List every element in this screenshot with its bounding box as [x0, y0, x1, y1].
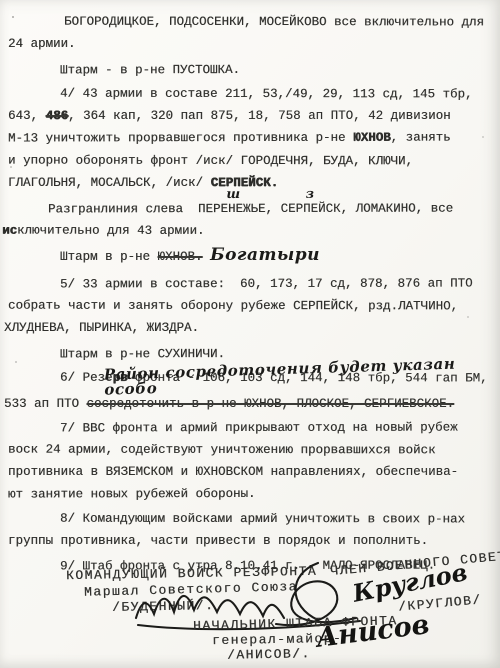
text-segment: , занять	[391, 131, 451, 145]
text-segment: ПЕРЕНЕЖЬЕш	[198, 202, 266, 216]
handwritten-correction: з	[306, 189, 314, 201]
typed-line: Штарм в р-не ЮХНОВ. Богатыри	[0, 244, 500, 268]
text-segment: , ЛОМАКИНО, все	[341, 201, 454, 215]
typed-line: исключительно для 43 армии.	[0, 219, 500, 242]
struck-text: сосредоточить в р-не ЮХНОВ, ПЛОСКОЕ, СЕР…	[87, 397, 455, 411]
typed-line: М-13 уничтожить прорвавшегося противника…	[0, 127, 500, 150]
text-segment	[203, 250, 211, 264]
text-segment: СЕРПЕЙСКз	[281, 202, 341, 216]
text-segment: ,	[266, 202, 281, 216]
typed-line: ХЛУДНЕВА, ПЫРИНКА, ЖИЗДРА.	[0, 317, 500, 339]
typed-line: 5/ 33 армии в составе: 60, 173, 17 сд, 8…	[0, 273, 500, 296]
text-segment: Штарм в р-не СУХИНИЧИ.	[60, 347, 225, 361]
text-segment: 8/ Командующим войсками армий уничтожить…	[60, 512, 465, 527]
text-segment: 533 ап ПТО	[4, 397, 87, 411]
typed-line: 7/ ВВС фронта и армий прикрывают отход н…	[0, 416, 500, 439]
typed-line: и упорно оборонять фронт /иск/ ГОРОДЕЧНЯ…	[0, 149, 500, 172]
text-segment: 7/ ВВС фронта и армий прикрывают отход н…	[60, 420, 458, 435]
text-segment: 4/ 43 армии в составе 211, 53,/49, 29, 1…	[60, 87, 473, 102]
text-segment: М-13 уничтожить прорвавшегося противника…	[8, 131, 353, 146]
text-segment: 5/ 33 армии в составе: 60, 173, 17 сд, 8…	[60, 277, 473, 292]
typed-line: группы противника, части привести в поря…	[0, 530, 500, 552]
typed-line: 24 армии.	[0, 33, 500, 55]
text-segment: ХЛУДНЕВА, ПЫРИНКА, ЖИЗДРА.	[4, 321, 199, 335]
typed-line: 533 ап ПТО сосредоточить в р-не ЮХНОВ, П…	[0, 393, 500, 415]
text-segment: противника в ВЯЗЕМСКОМ и ЮХНОВСКОМ напра…	[8, 465, 458, 479]
text-segment: Штарм в р-не	[60, 250, 158, 264]
typed-line: БОГОРОДИЦКОЕ, ПОДСОСЕНКИ, МОСЕЙКОВО все …	[0, 11, 500, 34]
text-segment: 643,	[8, 109, 46, 123]
scanned-document-page: БОГОРОДИЦКОЕ, ПОДСОСЕНКИ, МОСЕЙКОВО все …	[0, 0, 500, 668]
typed-line: 8/ Командующим войсками армий уничтожить…	[0, 508, 500, 531]
typed-line: ют занятие новых рубежей обороны.	[0, 482, 500, 505]
text-segment: 24 армии.	[8, 37, 76, 51]
struck-text: 486	[46, 109, 69, 123]
text-segment: Разгранлиния слева	[48, 202, 198, 216]
text-segment: , 364 кап, 320 пап 875, 18, 758 ап ПТО, …	[68, 109, 451, 123]
text-segment: ют занятие новых рубежей обороны.	[8, 487, 256, 502]
typed-line: Разгранлиния слева ПЕРЕНЕЖЬЕш, СЕРПЕЙСКз…	[0, 197, 500, 220]
text-segment: ГЛАГОЛЬНЯ, МОСАЛЬСК, /иск/	[8, 176, 211, 190]
text-segment: БОГОРОДИЦКОЕ, ПОДСОСЕНКИ, МОСЕЙКОВО все …	[64, 15, 484, 30]
typed-line: ГЛАГОЛЬНЯ, МОСАЛЬСК, /иск/ СЕРПЕЙСК.	[0, 172, 500, 194]
handwritten-note: Богатыри	[210, 245, 320, 265]
signature-block: КОМАНДУЮЩИЙ ВОЙСК РЕЗФРОНТА Маршал Совет…	[0, 554, 500, 668]
text-segment: собрать части и занять оборону рубеже СЕ…	[8, 299, 458, 314]
handwritten-correction: ш	[226, 189, 240, 201]
text-segment: группы противника, части привести в поря…	[8, 534, 428, 548]
typed-line: собрать части и занять оборону рубеже СЕ…	[0, 295, 500, 318]
typed-line: Штарм - в р-не ПУСТОШКА.	[0, 59, 500, 82]
text-segment: ис	[2, 223, 17, 237]
typed-lines: БОГОРОДИЦКОЕ, ПОДСОСЕНКИ, МОСЕЙКОВО все …	[0, 11, 500, 577]
text-segment: воск 24 армии, содействуют уничтожению п…	[8, 442, 436, 457]
struck-text: ЮХНОВ.	[158, 250, 203, 264]
text-segment: Штарм - в р-не ПУСТОШКА.	[60, 63, 240, 77]
text-segment: ЮХНОВ	[353, 131, 391, 145]
typed-line: воск 24 армии, содействуют уничтожению п…	[0, 438, 500, 461]
typed-line: 4/ 43 армии в составе 211, 53,/49, 29, 1…	[0, 83, 500, 106]
typed-line: противника в ВЯЗЕМСКОМ и ЮХНОВСКОМ напра…	[0, 461, 500, 483]
text-segment: и упорно оборонять фронт /иск/ ГОРОДЕЧНЯ…	[8, 153, 413, 168]
typed-line: 643, 486, 364 кап, 320 пап 875, 18, 758 …	[0, 105, 500, 127]
text-segment: СЕРПЕЙСК.	[211, 176, 279, 190]
chief-name: /АНИСОВ/.	[227, 646, 311, 662]
text-segment: ключительно для 43 армии.	[17, 223, 205, 237]
